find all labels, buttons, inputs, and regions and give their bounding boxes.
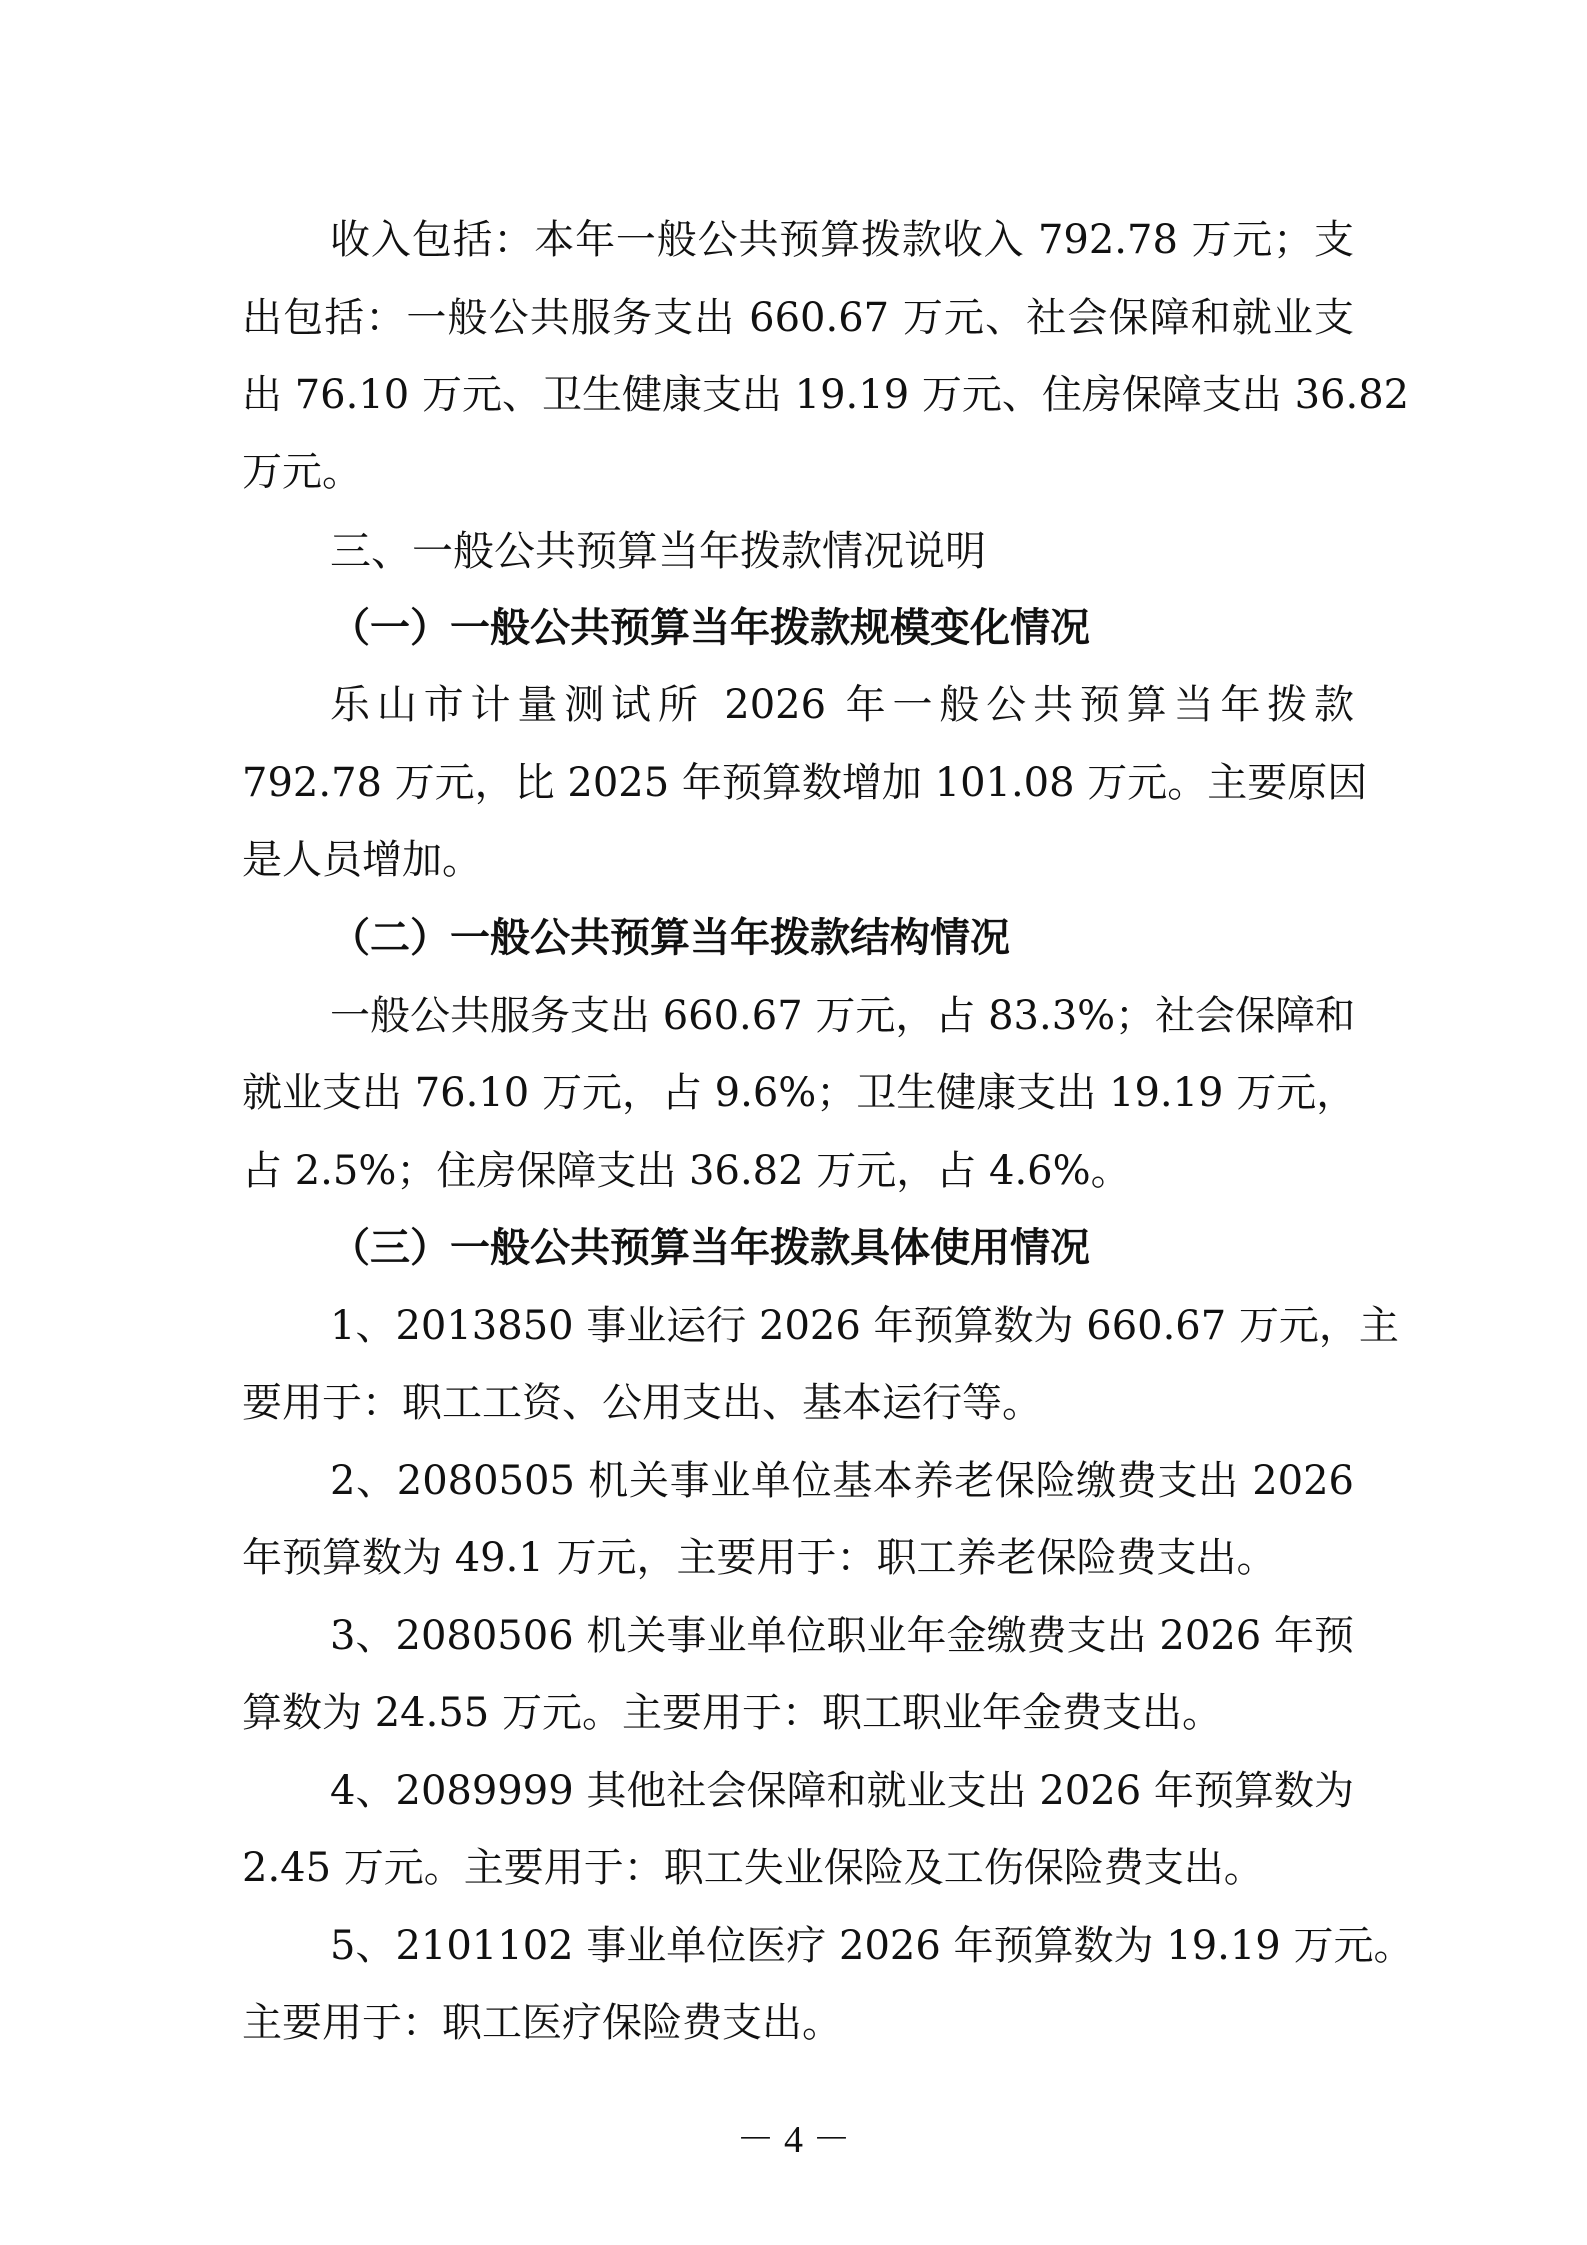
list-item-line: 2、2080505 机关事业单位基本养老保险缴费支出 2026: [330, 1453, 1354, 1509]
page-number: － 4 －: [0, 2118, 1587, 2162]
body-line: 出 76.10 万元、卫生健康支出 19.19 万元、住房保障支出 36.82: [242, 367, 1354, 423]
body-line: 出包括：一般公共服务支出 660.67 万元、社会保障和就业支: [242, 290, 1354, 346]
list-item-line: 主要用于：职工医疗保险费支出。: [242, 1995, 1354, 2051]
body-line: 占 2.5%；住房保障支出 36.82 万元，占 4.6%。: [242, 1143, 1354, 1199]
subsection-heading: （三）一般公共预算当年拨款具体使用情况: [330, 1220, 1442, 1276]
list-item-line: 年预算数为 49.1 万元，主要用于：职工养老保险费支出。: [242, 1530, 1354, 1586]
section-heading: 三、一般公共预算当年拨款情况说明: [330, 523, 1354, 579]
body-line: 万元。: [242, 444, 1354, 500]
body-line: 收入包括：本年一般公共预算拨款收入 792.78 万元；支: [330, 212, 1354, 268]
body-line: 就业支出 76.10 万元，占 9.6%；卫生健康支出 19.19 万元，: [242, 1065, 1354, 1121]
body-line: 是人员增加。: [242, 832, 1354, 888]
document-page: 收入包括：本年一般公共预算拨款收入 792.78 万元；支 出包括：一般公共服务…: [0, 0, 1587, 2245]
list-item-line: 4、2089999 其他社会保障和就业支出 2026 年预算数为: [330, 1763, 1354, 1819]
list-item-line: 5、2101102 事业单位医疗 2026 年预算数为 19.19 万元。: [330, 1918, 1354, 1974]
list-item-line: 算数为 24.55 万元。主要用于：职工职业年金费支出。: [242, 1685, 1354, 1741]
list-item-line: 要用于：职工工资、公用支出、基本运行等。: [242, 1375, 1354, 1431]
list-item-line: 2.45 万元。主要用于：职工失业保险及工伤保险费支出。: [242, 1840, 1354, 1896]
list-item-line: 3、2080506 机关事业单位职业年金缴费支出 2026 年预: [330, 1608, 1354, 1664]
list-item-line: 1、2013850 事业运行 2026 年预算数为 660.67 万元，主: [330, 1298, 1354, 1354]
body-line: 一般公共服务支出 660.67 万元，占 83.3%；社会保障和: [330, 988, 1354, 1044]
body-line: 792.78 万元，比 2025 年预算数增加 101.08 万元。主要原因: [242, 755, 1354, 811]
body-line: 乐山市计量测试所 2026 年一般公共预算当年拨款: [330, 677, 1354, 733]
subsection-heading: （一）一般公共预算当年拨款规模变化情况: [330, 600, 1442, 656]
subsection-heading: （二）一般公共预算当年拨款结构情况: [330, 910, 1442, 966]
